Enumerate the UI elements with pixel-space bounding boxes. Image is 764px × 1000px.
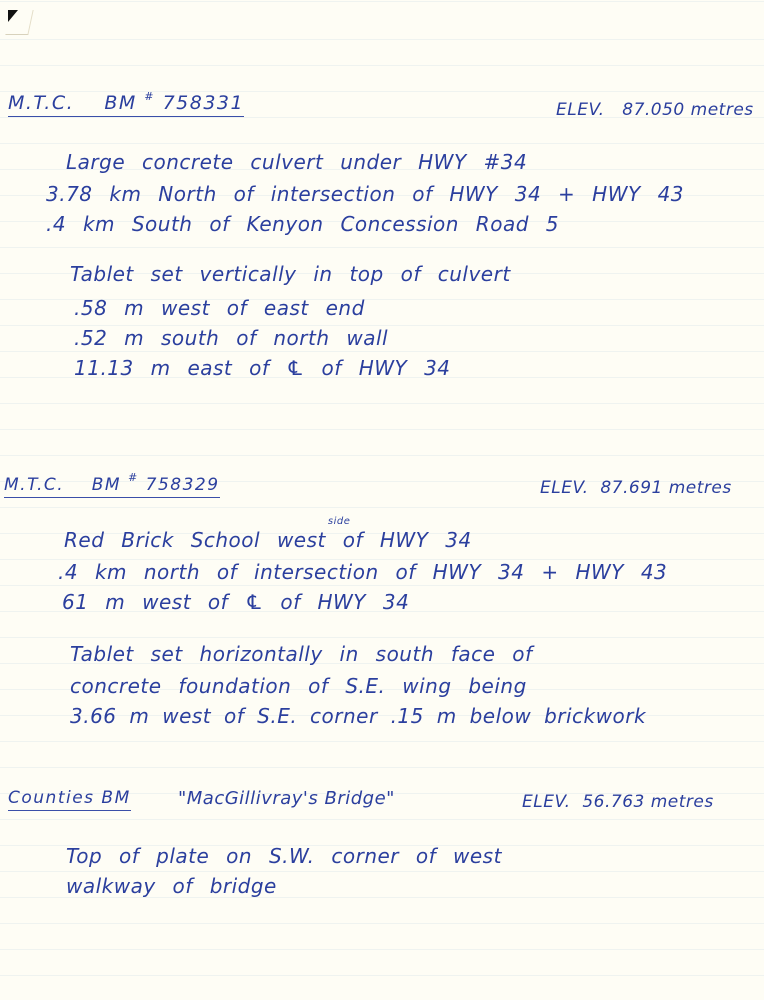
corner-registration-mark [8, 10, 18, 22]
notebook-page: M.T.C. BM # 758331 ELEV. 87.050 metres L… [0, 0, 764, 1000]
bm-label: BM [92, 475, 121, 495]
location-line: .4 km South of Kenyon Concession Road 5 [46, 212, 559, 236]
insert-word: side [328, 516, 351, 527]
tablet-line: concrete foundation of S.E. wing being [70, 674, 527, 698]
location-line: .4 km north of intersection of HWY 34 + … [58, 560, 667, 584]
bm-label: BM [104, 92, 136, 114]
elev-label: ELEV. [556, 100, 605, 120]
entry-3-heading: Counties BM [8, 788, 131, 811]
bridge-name: "MacGillivray's Bridge" [178, 788, 395, 809]
elev-label: ELEV. [540, 478, 589, 498]
tablet-line: Tablet set vertically in top of culvert [70, 262, 511, 286]
agency: M.T.C. [8, 92, 74, 114]
location-text: Red Brick School west [64, 528, 326, 552]
number-sign: # [144, 90, 155, 103]
location-text: of HWY 34 [343, 528, 472, 552]
bm-number: 758331 [163, 92, 245, 114]
description-line: walkway of bridge [66, 874, 277, 898]
location-line: Large concrete culvert under HWY #34 [66, 150, 527, 174]
elev-value: 87.691 [600, 478, 662, 498]
entry-1-heading: M.T.C. BM # 758331 [8, 92, 244, 117]
location-line: 3.78 km North of intersection of HWY 34 … [46, 182, 684, 206]
entry-2-heading: M.T.C. BM # 758329 [4, 475, 220, 498]
tablet-line: 11.13 m east of ℄ of HWY 34 [74, 356, 451, 380]
tablet-line: 3.66 m west of S.E. corner .15 m below b… [70, 704, 646, 728]
agency: Counties BM [8, 788, 131, 808]
elev-value: 87.050 [622, 100, 684, 120]
elev-label: ELEV. [522, 792, 571, 812]
location-line: Red Brick School westside of HWY 34 [64, 528, 472, 552]
elev-unit: metres [651, 792, 714, 812]
elev-unit: metres [691, 100, 754, 120]
tablet-line: .52 m south of north wall [74, 326, 388, 350]
agency: M.T.C. [4, 475, 64, 495]
bm-number: 758329 [146, 475, 220, 495]
elev-value: 56.763 [582, 792, 644, 812]
entry-2-elevation: ELEV. 87.691 metres [540, 478, 732, 498]
description-line: Top of plate on S.W. corner of west [66, 844, 502, 868]
elev-unit: metres [669, 478, 732, 498]
tablet-line: Tablet set horizontally in south face of [70, 642, 533, 666]
location-line: 61 m west of ℄ of HWY 34 [62, 590, 409, 614]
entry-1-elevation: ELEV. 87.050 metres [556, 100, 754, 120]
tablet-line: .58 m west of east end [74, 296, 365, 320]
number-sign: # [128, 471, 139, 484]
inserted-note: side [326, 528, 343, 552]
entry-3-elevation: ELEV. 56.763 metres [522, 792, 714, 812]
